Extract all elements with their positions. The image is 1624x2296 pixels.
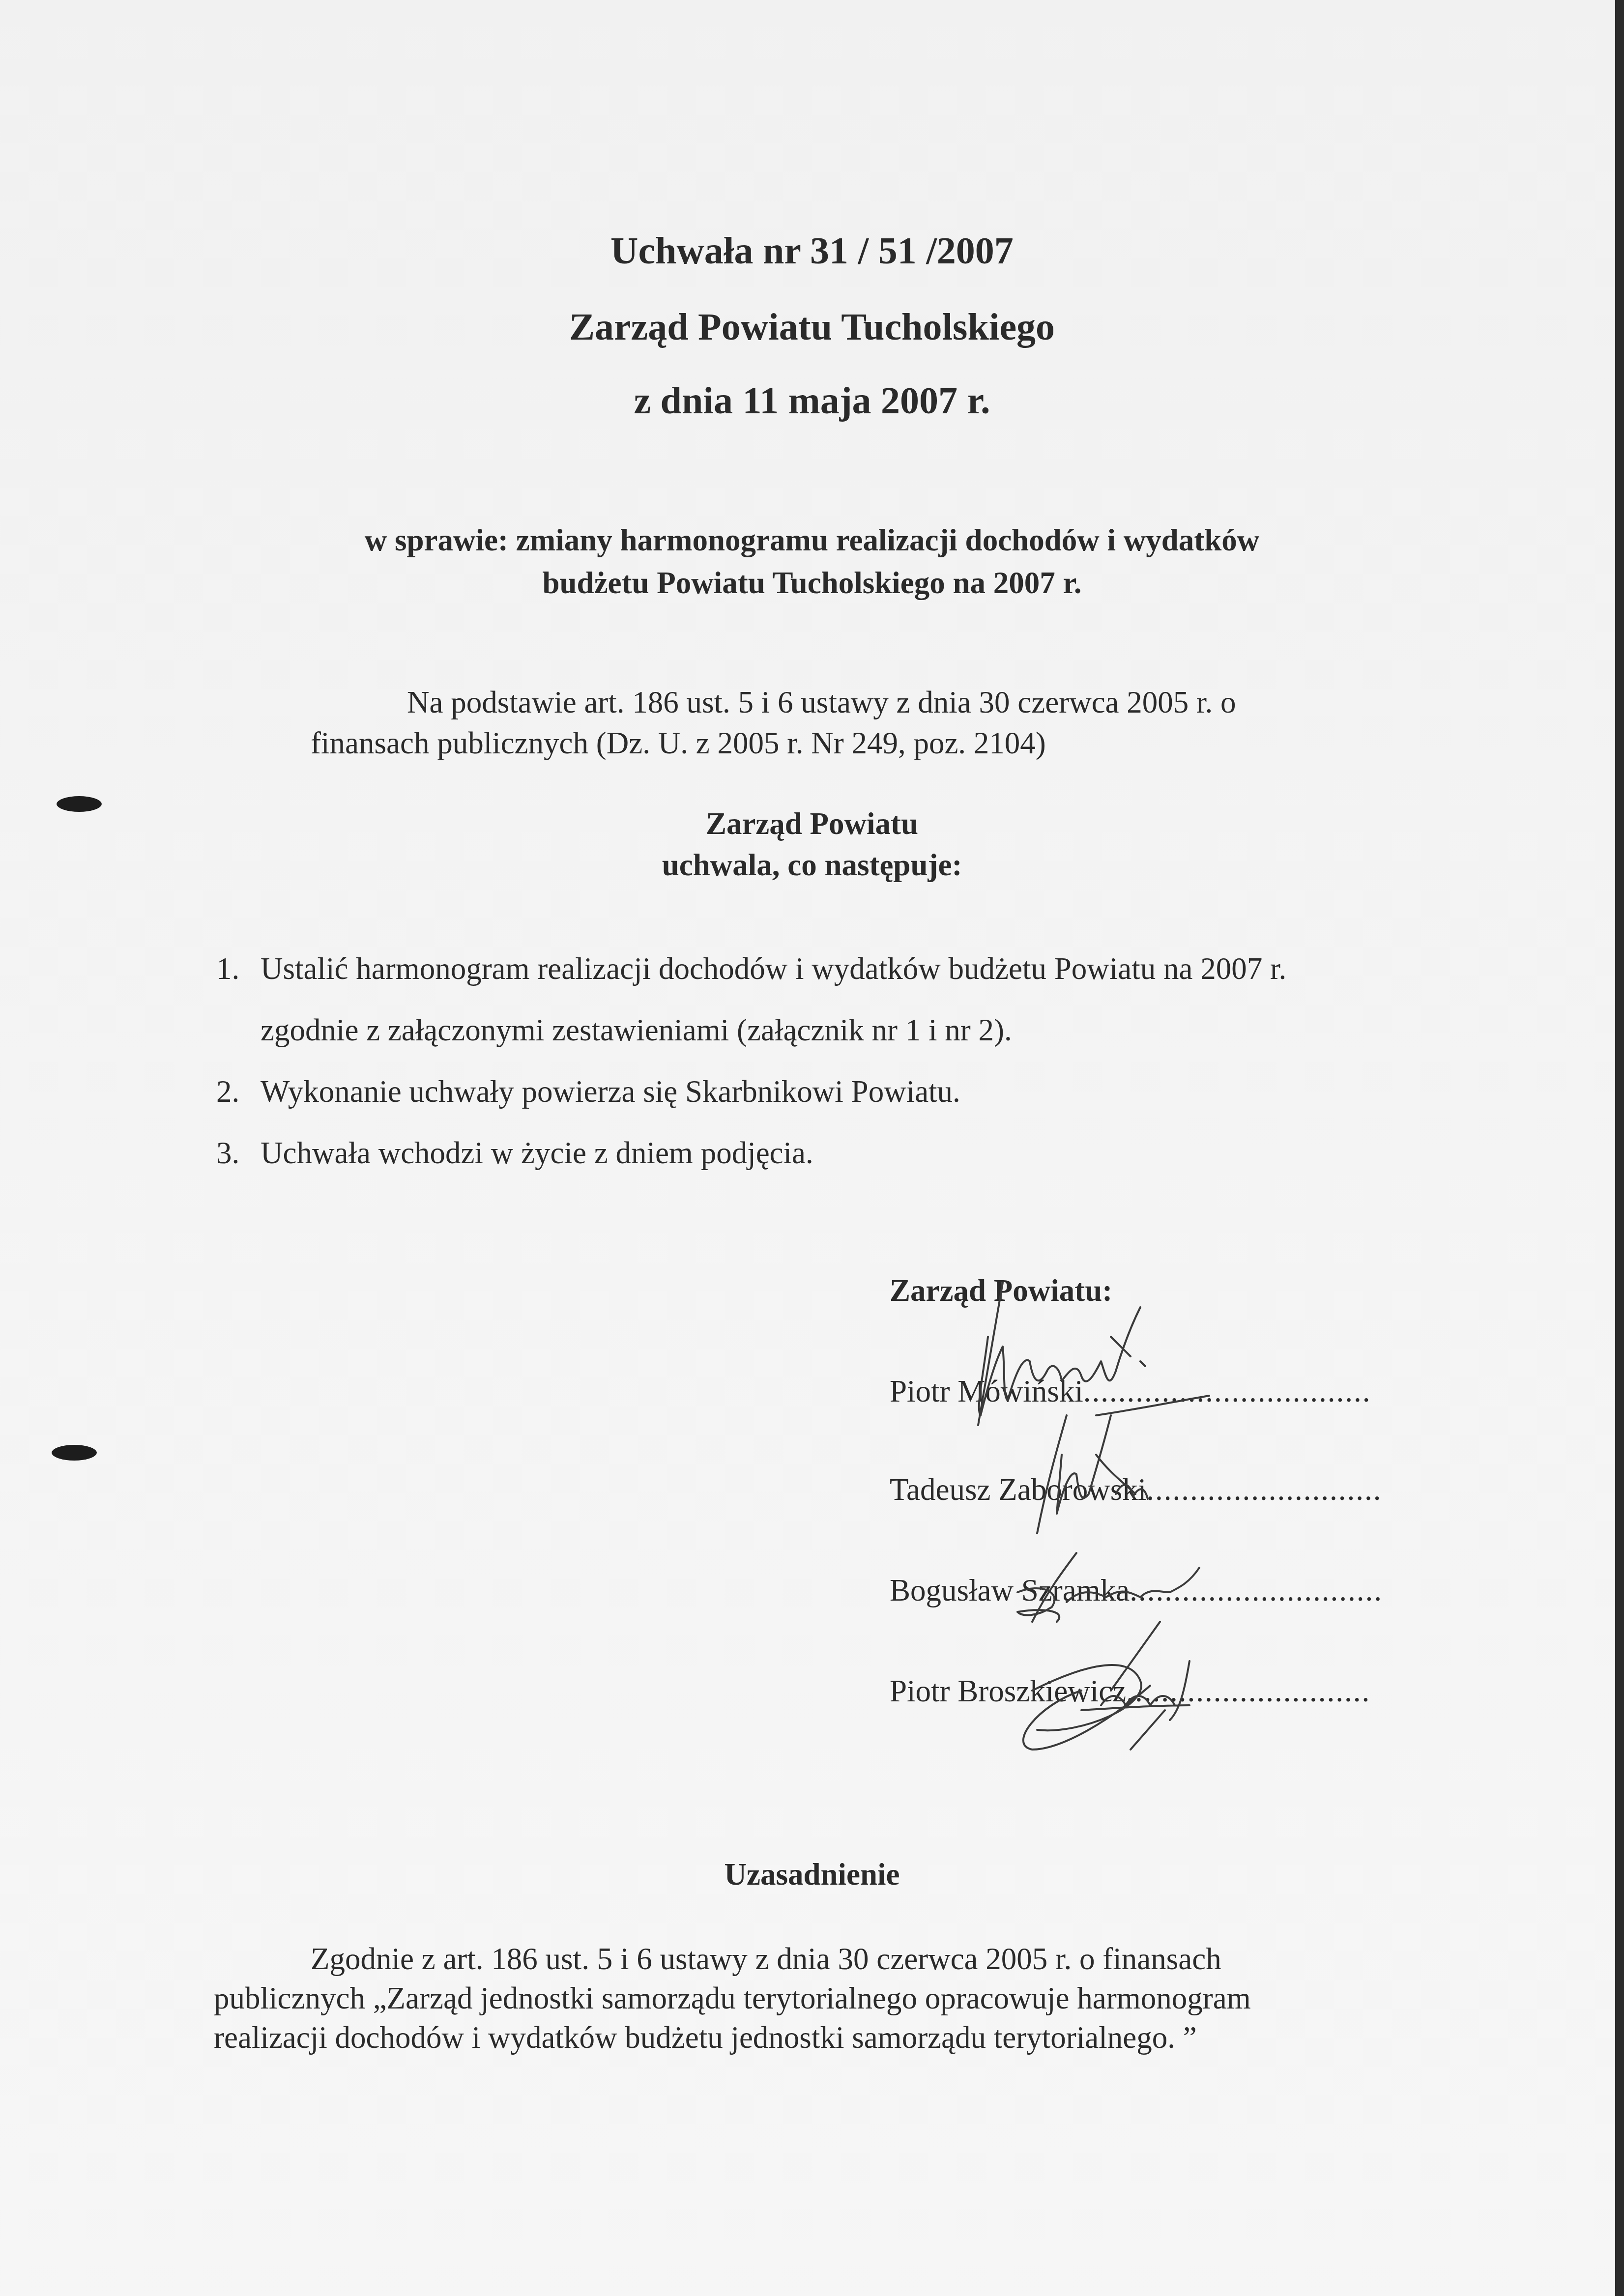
justification-line-1: Zgodnie z art. 186 ust. 5 i 6 ustawy z d… xyxy=(311,1941,1221,1977)
subject-line-1: w sprawie: zmiany harmonogramu realizacj… xyxy=(0,522,1624,558)
point-number: 3. xyxy=(216,1135,239,1171)
signature-line: ........................... xyxy=(1146,1472,1382,1507)
issuer-title: Zarząd Powiatu Tucholskiego xyxy=(0,305,1624,349)
signatory-row: Piotr Mówiński..........................… xyxy=(890,1374,1371,1409)
signatory-name: Bogusław Szramka xyxy=(890,1573,1130,1607)
point-continuation: zgodnie z załączonymi zestawieniami (zał… xyxy=(261,1012,1012,1048)
point-number: 1. xyxy=(216,951,239,987)
point-text: Ustalić harmonogram realizacji dochodów … xyxy=(261,951,1286,987)
punch-hole xyxy=(52,1445,97,1461)
point-text: Uchwała wchodzi w życie z dniem podjęcia… xyxy=(261,1135,813,1171)
point-number: 2. xyxy=(216,1074,239,1110)
signatures-heading: Zarząd Powiatu: xyxy=(890,1273,1112,1309)
signature-line: ............................ xyxy=(1126,1674,1370,1708)
legal-basis-line-1: Na podstawie art. 186 ust. 5 i 6 ustawy … xyxy=(407,685,1236,720)
resolution-date: z dnia 11 maja 2007 r. xyxy=(0,378,1624,423)
justification-line-2: publicznych „Zarząd jednostki samorządu … xyxy=(214,1980,1251,2016)
signature-line: ............................. xyxy=(1130,1573,1383,1607)
signatory-name: Piotr Mówiński xyxy=(890,1374,1083,1408)
signatory-row: Bogusław Szramka........................… xyxy=(890,1573,1383,1608)
signature-line: ................................. xyxy=(1083,1374,1371,1408)
point-text: Wykonanie uchwały powierza się Skarbniko… xyxy=(261,1074,960,1110)
signatory-name: Tadeusz Zaborowski xyxy=(890,1472,1146,1507)
resolves-heading-1: Zarząd Powiatu xyxy=(0,806,1624,842)
justification-heading: Uzasadnienie xyxy=(0,1857,1624,1893)
resolves-heading-2: uchwala, co następuje: xyxy=(0,847,1624,883)
signatory-name: Piotr Broszkiewicz xyxy=(890,1674,1126,1708)
subject-line-2: budżetu Powiatu Tucholskiego na 2007 r. xyxy=(0,565,1624,601)
signatory-row: Piotr Broszkiewicz......................… xyxy=(890,1673,1370,1709)
signatory-row: Tadeusz Zaborowski......................… xyxy=(890,1472,1382,1508)
resolution-number: Uchwała nr 31 / 51 /2007 xyxy=(0,229,1624,273)
legal-basis-line-2: finansach publicznych (Dz. U. z 2005 r. … xyxy=(311,725,1046,761)
justification-line-3: realizacji dochodów i wydatków budżetu j… xyxy=(214,2020,1197,2056)
